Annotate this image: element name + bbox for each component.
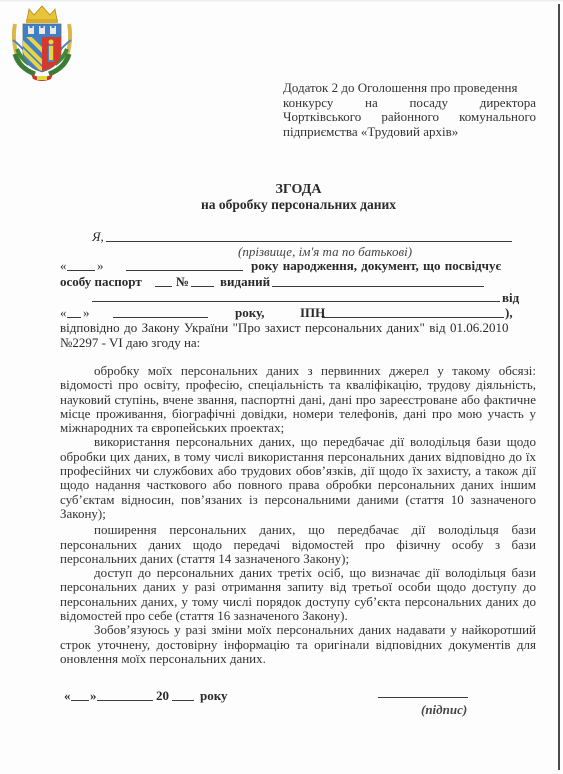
- sign-day-close: »: [90, 688, 97, 704]
- passport-label: особу паспорт: [60, 274, 142, 290]
- consent-paragraph-distribution: поширення персональних даних, що передба…: [60, 523, 536, 566]
- passport-issued-label: виданий: [220, 274, 270, 290]
- annex-line-2: конкурсу на посаду директора: [283, 96, 536, 111]
- consent-paragraph-processing: обробку моїх персональних даних з первин…: [60, 364, 536, 435]
- birth-day-open: «: [60, 258, 67, 274]
- consent-paragraph-usage: використання персональних даних, що пере…: [60, 435, 536, 521]
- sign-day-open: «: [64, 688, 71, 704]
- birth-label: року народження, документ, що посвідчує: [251, 258, 501, 274]
- annex-word: комунального: [459, 110, 536, 125]
- law-reference-line-2: №2297 - VI даю згоду на:: [60, 335, 200, 351]
- law-reference-line-1: відповідно до Закону України "Про захист…: [60, 320, 509, 336]
- passport-number-field[interactable]: [191, 286, 214, 287]
- sign-century: 20: [156, 688, 169, 704]
- issue-day-field[interactable]: [67, 317, 81, 318]
- issued-from-label: від: [502, 290, 519, 306]
- sign-year-label: року: [200, 688, 228, 704]
- tax-id-label: ІПН: [300, 305, 325, 321]
- tax-id-field[interactable]: [322, 317, 504, 318]
- birth-day-field[interactable]: [67, 270, 95, 271]
- passport-issuer-field-2[interactable]: [92, 301, 500, 302]
- name-prefix: Я,: [92, 229, 104, 245]
- annex-note: Додаток 2 до Оголошення про проведення к…: [283, 81, 536, 139]
- passport-series-field[interactable]: [155, 286, 172, 287]
- annex-line-3: Чортківського районного комунального: [283, 110, 536, 125]
- consent-paragraph-obligation: Зобов’язуюсь у разі зміни моїх персональ…: [60, 623, 536, 666]
- issue-year-label: року,: [235, 305, 265, 321]
- sign-year-field[interactable]: [172, 700, 194, 701]
- sign-month-field[interactable]: [97, 700, 153, 701]
- issue-day-open: «: [60, 305, 67, 321]
- signature-hint: (підпис): [421, 702, 467, 718]
- document-subtitle: на обробку персональних даних: [17, 197, 563, 213]
- scan-edge-right: [558, 4, 560, 770]
- birth-day-close: »: [97, 258, 104, 274]
- consent-body: обробку моїх персональних даних з первин…: [60, 364, 536, 666]
- document-page: Додаток 2 до Оголошення про проведення к…: [0, 0, 563, 774]
- full-name-field[interactable]: [106, 241, 512, 242]
- birth-month-year-field[interactable]: [126, 270, 243, 271]
- sign-day-field[interactable]: [71, 700, 89, 701]
- passport-issuer-field[interactable]: [272, 286, 484, 287]
- consent-paragraph-access: доступ до персональних даних третіх осіб…: [60, 566, 536, 623]
- issue-month-year-field[interactable]: [113, 317, 208, 318]
- passport-number-label: №: [176, 274, 189, 290]
- document-title: ЗГОДА: [17, 182, 563, 198]
- annex-word: посаду: [409, 96, 448, 111]
- annex-word: на: [365, 96, 378, 111]
- annex-word: конкурсу: [283, 96, 333, 111]
- annex-word: директора: [480, 96, 536, 111]
- scan-edge-top: [0, 0, 563, 2]
- coat-of-arms-icon: [7, 4, 77, 84]
- annex-word: районного: [381, 110, 439, 125]
- annex-line-1: Додаток 2 до Оголошення про проведення: [283, 81, 536, 96]
- signature-field[interactable]: [378, 697, 468, 698]
- annex-line-4: підприємства «Трудовий архів»: [283, 125, 536, 140]
- tax-id-close: ),: [505, 305, 513, 321]
- annex-word: Чортківського: [283, 110, 361, 125]
- issue-day-close: »: [83, 305, 90, 321]
